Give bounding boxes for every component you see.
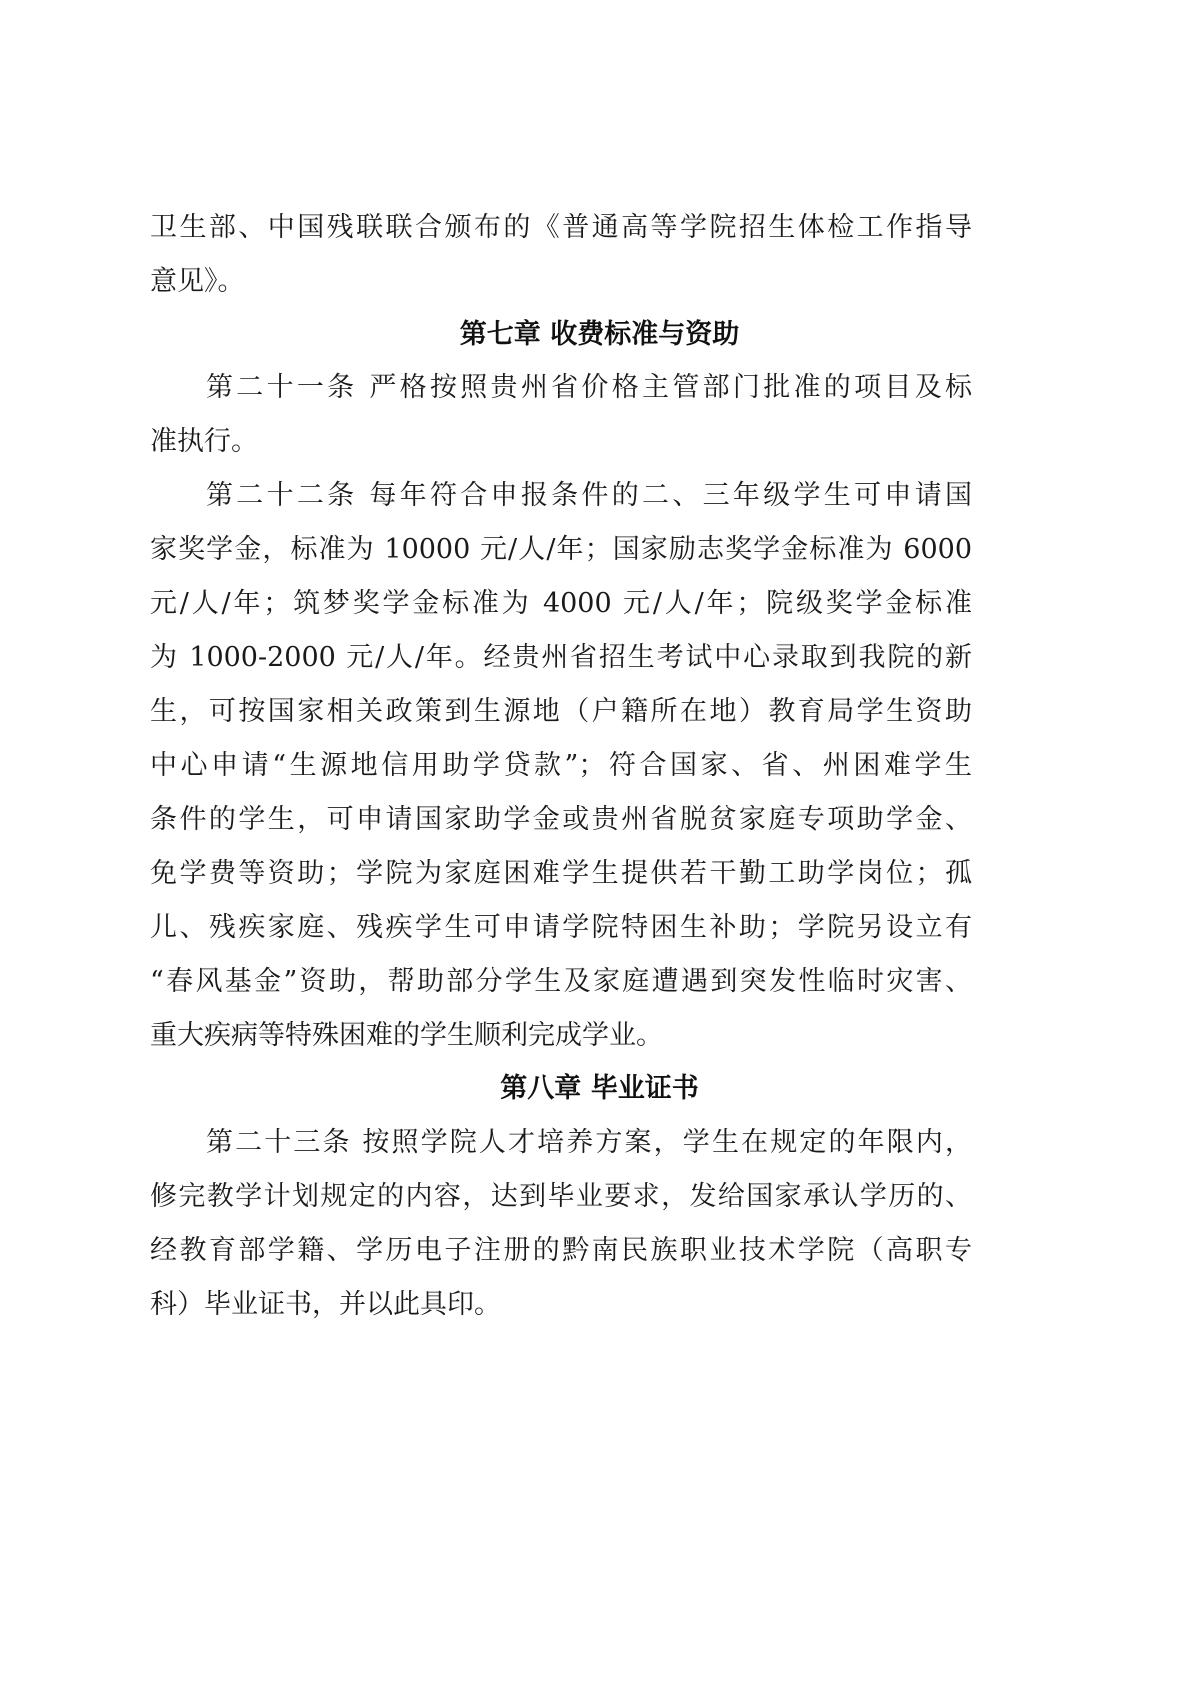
article-23-line: 经教育部学籍、学历电子注册的黔南民族职业技术学院（高职专 [150, 1231, 972, 1271]
article-22-line: 为 1000-2000 元/人/年。经贵州省招生考试中心录取到我院的新 [150, 638, 972, 678]
article-22-line: 第二十二条 每年符合申报条件的二、三年级学生可申请国 [206, 476, 972, 516]
chapter-7-heading: 第七章 收费标准与资助 [0, 315, 1191, 355]
chapter-8-heading: 第八章 毕业证书 [0, 1069, 1191, 1109]
article-22-line: 儿、残疾家庭、残疾学生可申请学院特困生补助；学院另设立有 [150, 908, 972, 948]
article-22-line: 重大疾病等特殊困难的学生顺利完成学业。 [150, 1016, 972, 1056]
article-21-line: 第二十一条 严格按照贵州省价格主管部门批准的项目及标 [206, 368, 972, 408]
article-23-line: 修完教学计划规定的内容，达到毕业要求，发给国家承认学历的、 [150, 1177, 972, 1217]
paragraph-line: 意见》。 [150, 262, 972, 302]
article-22-line: 中心申请“生源地信用助学贷款”；符合国家、省、州困难学生 [150, 746, 972, 786]
article-22-line: 条件的学生，可申请国家助学金或贵州省脱贫家庭专项助学金、 [150, 800, 972, 840]
article-22-line: 元/人/年；筑梦奖学金标准为 4000 元/人/年；院级奖学金标准 [150, 584, 972, 624]
article-22-line: 生，可按国家相关政策到生源地（户籍所在地）教育局学生资助 [150, 692, 972, 732]
article-21-line: 准执行。 [150, 422, 972, 462]
document-page: 卫生部、中国残联联合颁布的《普通高等学院招生体检工作指导 意见》。 第七章 收费… [0, 0, 1191, 1684]
article-22-line: 家奖学金，标准为 10000 元/人/年；国家励志奖学金标准为 6000 [150, 530, 972, 570]
article-22-line: 免学费等资助；学院为家庭困难学生提供若干勤工助学岗位；孤 [150, 854, 972, 894]
article-23-line: 科）毕业证书，并以此具印。 [150, 1285, 972, 1325]
article-22-line: “春风基金”资助，帮助部分学生及家庭遭遇到突发性临时灾害、 [150, 962, 972, 1002]
article-23-line: 第二十三条 按照学院人才培养方案，学生在规定的年限内， [206, 1123, 972, 1163]
paragraph-line: 卫生部、中国残联联合颁布的《普通高等学院招生体检工作指导 [150, 208, 972, 248]
